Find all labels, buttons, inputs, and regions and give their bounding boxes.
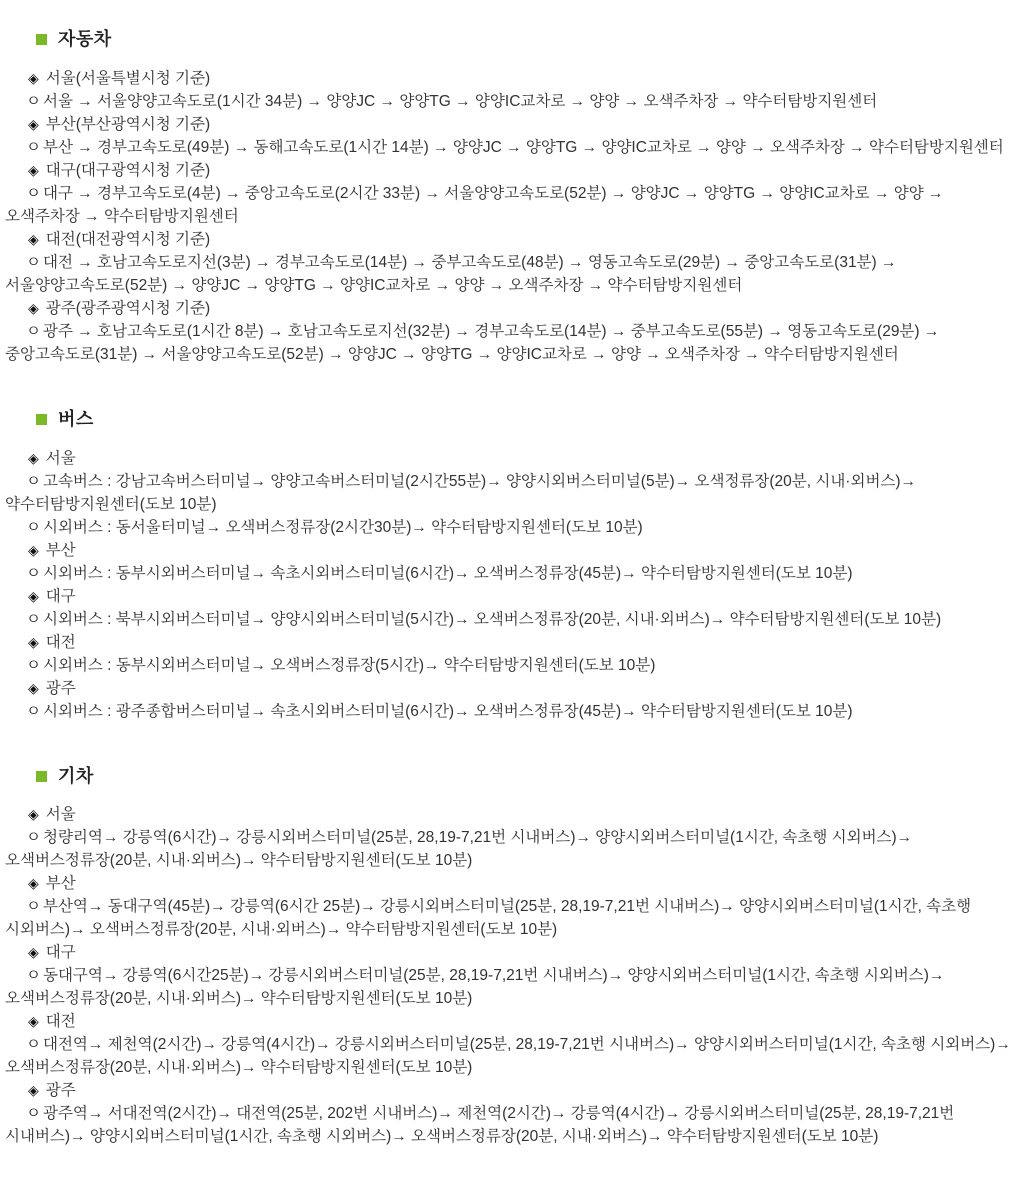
route-line: ㅇ대전역→ 제천역(2시간)→ 강릉역(4시간)→ 강릉시외버스터미널(25분,… [5, 1033, 1014, 1079]
city-heading: ◈광주 [5, 1079, 1014, 1102]
route-line: ㅇ시외버스 : 북부시외버스터미널→ 양양시외버스터미널(5시간)→ 오색버스정… [5, 608, 1014, 631]
route-text: 시외버스 : 동부시외버스터미널→ 오색버스정류장(5시간)→ 약수터탐방지원센… [43, 657, 655, 674]
route-line: ㅇ부산 → 경부고속도로(49분) → 동해고속도로(1시간 14분) → 양양… [5, 136, 1014, 159]
diamond-icon: ◈ [28, 634, 39, 650]
route-text: 부산 → 경부고속도로(49분) → 동해고속도로(1시간 14분) → 양양J… [43, 139, 1004, 156]
city-heading-label: 부산 [46, 875, 76, 892]
city-heading: ◈대구(대구광역시청 기준) [5, 159, 1014, 182]
section-header: 기차 [36, 767, 1014, 787]
route-text: 동대구역→ 강릉역(6시간25분)→ 강릉시외버스터미널(25분, 28,19-… [5, 967, 944, 1007]
route-text: 서울 → 서울양양고속도로(1시간 34분) → 양양JC → 양양TG → 양… [43, 93, 877, 110]
circle-bullet-icon: ㅇ [26, 185, 41, 202]
transport-section-2: 기차◈서울ㅇ청량리역→ 강릉역(6시간)→ 강릉시외버스터미널(25분, 28,… [5, 767, 1014, 1149]
route-line: ㅇ시외버스 : 동부시외버스터미널→ 속초시외버스터미널(6시간)→ 오색버스정… [5, 562, 1014, 585]
section-header: 버스 [36, 410, 1014, 430]
section-bullet-icon [36, 414, 47, 425]
diamond-icon: ◈ [28, 680, 39, 696]
circle-bullet-icon: ㅇ [26, 829, 41, 846]
city-heading: ◈대구 [5, 585, 1014, 608]
route-line: ㅇ시외버스 : 광주종합버스터미널→ 속초시외버스터미널(6시간)→ 오색버스정… [5, 700, 1014, 723]
city-heading: ◈대전 [5, 1010, 1014, 1033]
diamond-icon: ◈ [28, 944, 39, 960]
route-line: ㅇ대전 → 호남고속도로지선(3분) → 경부고속도로(14분) → 중부고속도… [5, 251, 1014, 297]
transport-section-0: 자동차◈서울(서울특별시청 기준)ㅇ서울 → 서울양양고속도로(1시간 34분)… [5, 30, 1014, 366]
route-line: ㅇ시외버스 : 동부시외버스터미널→ 오색버스정류장(5시간)→ 약수터탐방지원… [5, 654, 1014, 677]
circle-bullet-icon: ㅇ [26, 703, 41, 720]
city-heading: ◈대전(대전광역시청 기준) [5, 228, 1014, 251]
city-heading: ◈대전 [5, 631, 1014, 654]
diamond-icon: ◈ [28, 588, 39, 604]
city-heading-label: 대전 [46, 1013, 76, 1030]
section-title: 버스 [58, 410, 94, 430]
city-heading-label: 대전 [46, 634, 76, 651]
route-text: 청량리역→ 강릉역(6시간)→ 강릉시외버스터미널(25분, 28,19-7,2… [5, 829, 912, 869]
circle-bullet-icon: ㅇ [26, 139, 41, 156]
route-text: 광주역→ 서대전역(2시간)→ 대전역(25분, 202번 시내버스)→ 제천역… [5, 1105, 954, 1145]
circle-bullet-icon: ㅇ [26, 657, 41, 674]
route-text: 시외버스 : 동부시외버스터미널→ 속초시외버스터미널(6시간)→ 오색버스정류… [43, 565, 853, 582]
route-line: ㅇ서울 → 서울양양고속도로(1시간 34분) → 양양JC → 양양TG → … [5, 90, 1014, 113]
city-heading-label: 부산(부산광역시청 기준) [46, 116, 210, 133]
route-text: 부산역→ 동대구역(45분)→ 강릉역(6시간 25분)→ 강릉시외버스터미널(… [5, 898, 971, 938]
route-line: ㅇ부산역→ 동대구역(45분)→ 강릉역(6시간 25분)→ 강릉시외버스터미널… [5, 895, 1014, 941]
route-line: ㅇ광주 → 호남고속도로(1시간 8분) → 호남고속도로지선(32분) → 경… [5, 320, 1014, 366]
section-body: ◈서울(서울특별시청 기준)ㅇ서울 → 서울양양고속도로(1시간 34분) → … [5, 67, 1014, 366]
circle-bullet-icon: ㅇ [26, 611, 41, 628]
city-heading: ◈광주 [5, 677, 1014, 700]
diamond-icon: ◈ [28, 1082, 39, 1098]
route-line: ㅇ청량리역→ 강릉역(6시간)→ 강릉시외버스터미널(25분, 28,19-7,… [5, 826, 1014, 872]
circle-bullet-icon: ㅇ [26, 967, 41, 984]
city-heading-label: 광주 [46, 1082, 76, 1099]
route-line: ㅇ고속버스 : 강남고속버스터미널→ 양양고속버스터미널(2시간55분)→ 양양… [5, 470, 1014, 516]
city-heading: ◈부산(부산광역시청 기준) [5, 113, 1014, 136]
circle-bullet-icon: ㅇ [26, 565, 41, 582]
city-heading-label: 대전(대전광역시청 기준) [46, 231, 210, 248]
city-heading: ◈부산 [5, 539, 1014, 562]
city-heading-label: 광주(광주광역시청 기준) [46, 300, 210, 317]
diamond-icon: ◈ [28, 70, 39, 86]
route-text: 대구 → 경부고속도로(4분) → 중앙고속도로(2시간 33분) → 서울양양… [5, 185, 944, 225]
directions-document: 자동차◈서울(서울특별시청 기준)ㅇ서울 → 서울양양고속도로(1시간 34분)… [0, 0, 1018, 1178]
city-heading-label: 서울 [46, 450, 76, 467]
circle-bullet-icon: ㅇ [26, 93, 41, 110]
route-line: ㅇ광주역→ 서대전역(2시간)→ 대전역(25분, 202번 시내버스)→ 제천… [5, 1102, 1014, 1148]
circle-bullet-icon: ㅇ [26, 323, 41, 340]
city-heading-label: 대구(대구광역시청 기준) [46, 162, 210, 179]
city-heading-label: 대구 [46, 588, 76, 605]
section-bullet-icon [36, 34, 47, 45]
circle-bullet-icon: ㅇ [26, 254, 41, 271]
section-header: 자동차 [36, 30, 1014, 50]
route-text: 대전 → 호남고속도로지선(3분) → 경부고속도로(14분) → 중부고속도로… [5, 254, 897, 294]
diamond-icon: ◈ [28, 1013, 39, 1029]
route-text: 시외버스 : 광주종합버스터미널→ 속초시외버스터미널(6시간)→ 오색버스정류… [43, 703, 853, 720]
section-body: ◈서울ㅇ청량리역→ 강릉역(6시간)→ 강릉시외버스터미널(25분, 28,19… [5, 803, 1014, 1148]
transport-section-1: 버스◈서울ㅇ고속버스 : 강남고속버스터미널→ 양양고속버스터미널(2시간55분… [5, 410, 1014, 723]
city-heading: ◈광주(광주광역시청 기준) [5, 297, 1014, 320]
diamond-icon: ◈ [28, 116, 39, 132]
diamond-icon: ◈ [28, 806, 39, 822]
route-text: 시외버스 : 북부시외버스터미널→ 양양시외버스터미널(5시간)→ 오색버스정류… [43, 611, 941, 628]
city-heading: ◈서울 [5, 803, 1014, 826]
city-heading-label: 대구 [46, 944, 76, 961]
diamond-icon: ◈ [28, 875, 39, 891]
city-heading: ◈대구 [5, 941, 1014, 964]
city-heading-label: 서울(서울특별시청 기준) [46, 70, 210, 87]
section-body: ◈서울ㅇ고속버스 : 강남고속버스터미널→ 양양고속버스터미널(2시간55분)→… [5, 447, 1014, 723]
section-bullet-icon [36, 771, 47, 782]
circle-bullet-icon: ㅇ [26, 1105, 41, 1122]
route-line: ㅇ대구 → 경부고속도로(4분) → 중앙고속도로(2시간 33분) → 서울양… [5, 182, 1014, 228]
diamond-icon: ◈ [28, 300, 39, 316]
city-heading: ◈서울(서울특별시청 기준) [5, 67, 1014, 90]
city-heading-label: 부산 [46, 542, 76, 559]
route-text: 고속버스 : 강남고속버스터미널→ 양양고속버스터미널(2시간55분)→ 양양시… [5, 473, 916, 513]
circle-bullet-icon: ㅇ [26, 519, 41, 536]
circle-bullet-icon: ㅇ [26, 1036, 41, 1053]
diamond-icon: ◈ [28, 231, 39, 247]
route-line: ㅇ시외버스 : 동서울터미널→ 오색버스정류장(2시간30분)→ 약수터탐방지원… [5, 516, 1014, 539]
city-heading-label: 광주 [46, 680, 76, 697]
route-text: 광주 → 호남고속도로(1시간 8분) → 호남고속도로지선(32분) → 경부… [5, 323, 939, 363]
diamond-icon: ◈ [28, 162, 39, 178]
diamond-icon: ◈ [28, 450, 39, 466]
section-title: 기차 [58, 767, 94, 787]
route-text: 대전역→ 제천역(2시간)→ 강릉역(4시간)→ 강릉시외버스터미널(25분, … [5, 1036, 1011, 1076]
route-text: 시외버스 : 동서울터미널→ 오색버스정류장(2시간30분)→ 약수터탐방지원센… [43, 519, 643, 536]
section-title: 자동차 [58, 30, 112, 50]
circle-bullet-icon: ㅇ [26, 473, 41, 490]
city-heading: ◈서울 [5, 447, 1014, 470]
city-heading-label: 서울 [46, 806, 76, 823]
diamond-icon: ◈ [28, 542, 39, 558]
route-line: ㅇ동대구역→ 강릉역(6시간25분)→ 강릉시외버스터미널(25분, 28,19… [5, 964, 1014, 1010]
city-heading: ◈부산 [5, 872, 1014, 895]
circle-bullet-icon: ㅇ [26, 898, 41, 915]
